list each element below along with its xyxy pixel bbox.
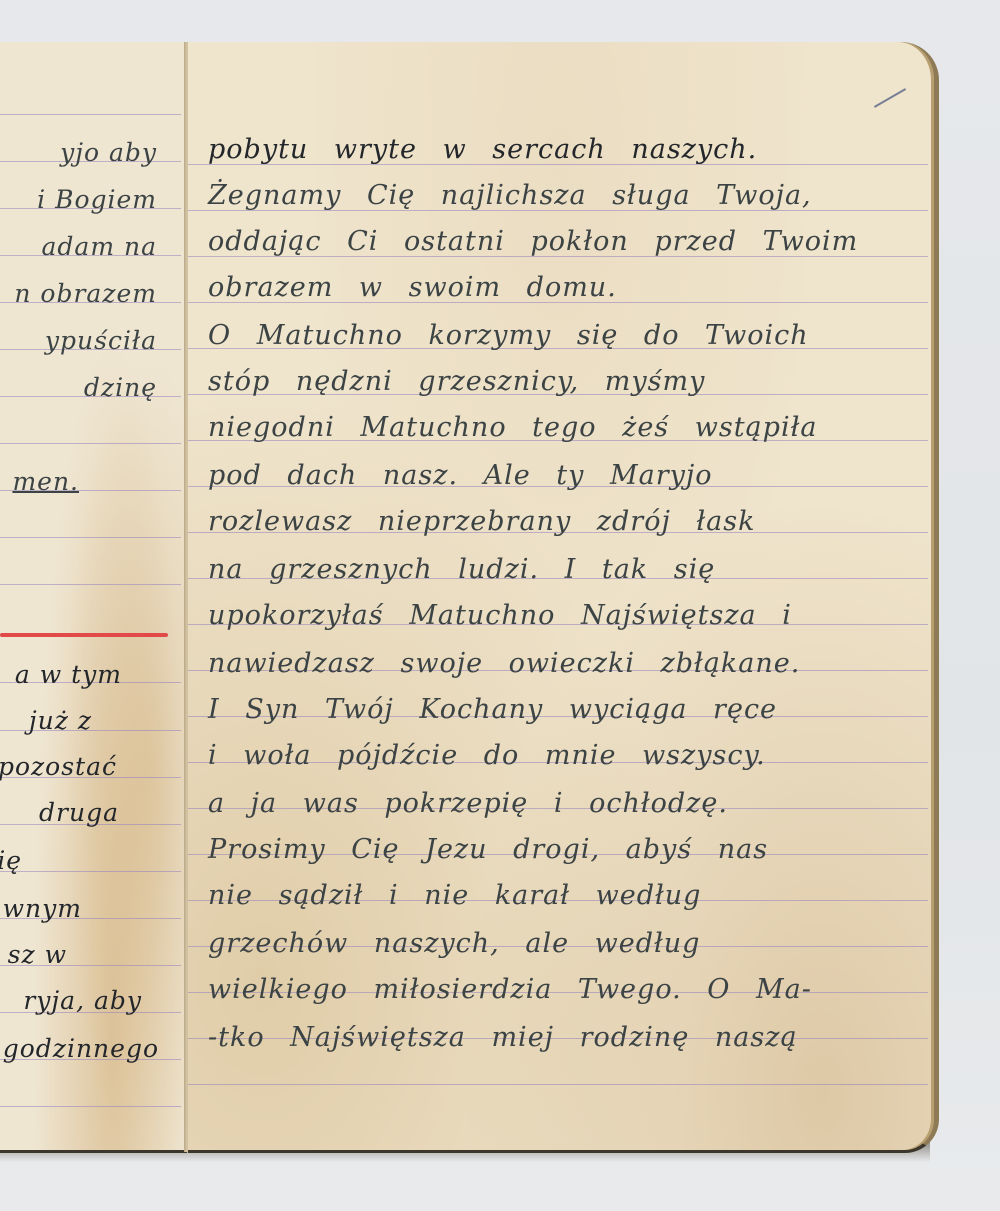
left-line: już z [29, 706, 92, 735]
left-line: wnym [3, 894, 82, 923]
left-line: sz w [8, 940, 67, 969]
text-line: wielkiego miłosierdzia Twego. O Ma- [208, 974, 928, 1005]
left-line: dzinę [84, 373, 157, 402]
red-section-divider [0, 633, 168, 637]
left-line: n obrazem [14, 279, 157, 308]
text-line: i woła pójdźcie do mnie wszyscy. [208, 740, 928, 771]
text-line: pobytu wryte w sercach naszych. [208, 134, 928, 165]
text-line: -tko Najświętsza miej rodzinę naszą [208, 1022, 928, 1053]
text-line: upokorzyłaś Matuchno Najświętsza i [208, 600, 928, 631]
text-line: niegodni Matuchno tego żeś wstąpiła [208, 412, 928, 443]
left-line-amen: men. [12, 467, 79, 496]
text-line: obrazem w swoim domu. [208, 272, 928, 303]
text-line: oddając Ci ostatni pokłon przed Twoim [208, 226, 928, 257]
text-line: nawiedzasz swoje owieczki zbłąkane. [208, 648, 928, 679]
right-page: pobytu wryte w sercach naszych. Żegnamy … [188, 42, 939, 1153]
left-line: adam na [42, 232, 157, 261]
text-line: a ja was pokrzepię i ochłodzę. [208, 788, 928, 819]
left-line: ypuściła [45, 326, 157, 355]
left-line: pozostać [0, 752, 117, 781]
left-line: ię [0, 846, 22, 875]
text-line: stóp nędzni grzesznicy, myśmy [208, 366, 928, 397]
left-line: i Bogiem [37, 185, 157, 214]
text-line: na grzesznych ludzi. I tak się [208, 554, 928, 585]
text-line: rozlewasz nieprzebrany zdrój łask [208, 506, 928, 537]
left-line: yjo aby [60, 138, 157, 167]
left-line: godzinnego [3, 1034, 159, 1063]
text-line: pod dach nasz. Ale ty Maryjo [208, 460, 928, 491]
text-line: grzechów naszych, ale według [208, 928, 928, 959]
text-line: O Matuchno korzymy się do Twoich [208, 320, 928, 351]
left-line: ryja, aby [23, 986, 142, 1015]
text-line: Prosimy Cię Jezu drogi, abyś nas [208, 834, 928, 865]
text-line: Żegnamy Cię najlichsza sługa Twoja, [208, 180, 928, 211]
left-line: a w tym [15, 660, 122, 689]
left-line: druga [39, 798, 119, 827]
left-page: yjo aby i Bogiem adam na n obrazem ypuśc… [0, 42, 187, 1153]
text-line: I Syn Twój Kochany wyciąga ręce [208, 694, 928, 725]
text-line: nie sądził i nie karał według [208, 880, 928, 911]
